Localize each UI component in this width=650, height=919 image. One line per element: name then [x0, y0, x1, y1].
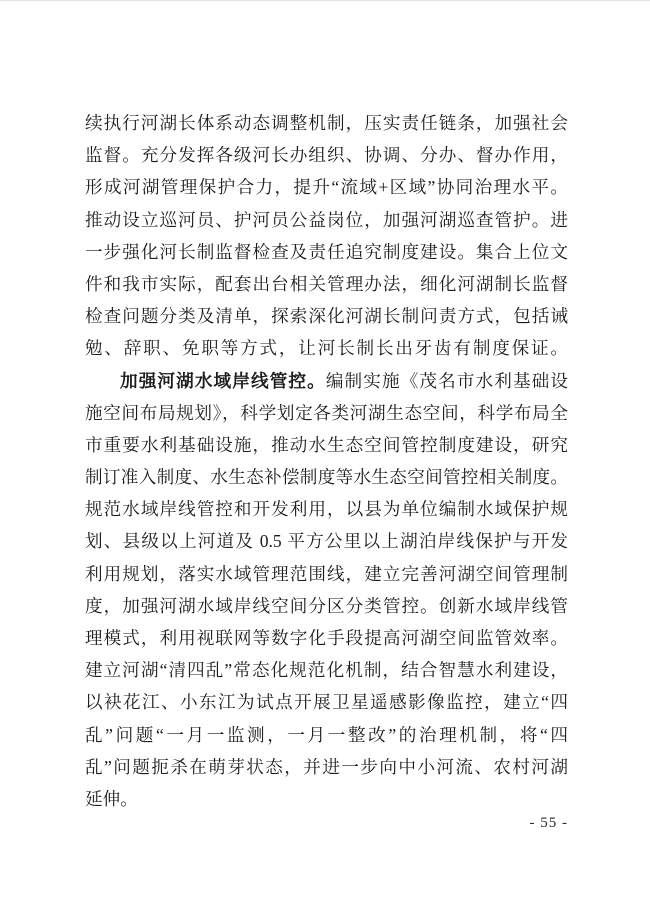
text-line: 推动设立巡河员、护河员公益岗位，加强河湖巡查管护。进 — [85, 204, 568, 236]
text-line: 制订准入制度、水生态补偿制度等水生态空间管控相关制度。 — [85, 461, 568, 493]
text-line: 件和我市实际，配套出台相关管理办法，细化河湖制长监督 — [85, 268, 568, 300]
text-line: 乱”问题扼杀在萌芽状态，并进一步向中小河流、农村河湖 — [85, 751, 568, 783]
paragraph-lead-bold: 加强河湖水域岸线管控。 — [120, 371, 326, 391]
text-line: 延伸。 — [85, 783, 568, 815]
document-page: 续执行河湖长体系动态调整机制，压实责任链条，加强社会监督。充分发挥各级河长办组织… — [0, 0, 650, 919]
text-line: 市重要水利基础设施，推动水生态空间管控制度建设，研究 — [85, 429, 568, 461]
text-line: 监督。充分发挥各级河长办组织、协调、分办、督办作用， — [85, 139, 568, 171]
text-line: 理模式，利用视联网等数字化手段提高河湖空间监管效率。 — [85, 622, 568, 654]
text-line: 勉、辞职、免职等方式，让河长制长出牙齿有制度保证。 — [85, 332, 568, 364]
text-line: 一步强化河长制监督检查及责任追究制度建设。集合上位文 — [85, 236, 568, 268]
text-line: 利用规划，落实水域管理范围线，建立完善河湖空间管理制 — [85, 558, 568, 590]
text-line: 以袂花江、小东江为试点开展卫星遥感影像监控，建立“四 — [85, 686, 568, 718]
text-line: 度，加强河湖水域岸线空间分区分类管控。创新水域岸线管 — [85, 590, 568, 622]
document-body: 续执行河湖长体系动态调整机制，压实责任链条，加强社会监督。充分发挥各级河长办组织… — [85, 107, 568, 815]
text-line: 形成河湖管理保护合力，提升“流域+区域”协同治理水平。 — [85, 171, 568, 203]
text-line: 检查问题分类及清单，探索深化河湖长制问责方式，包括诫 — [85, 300, 568, 332]
text-line: 建立河湖“清四乱”常态化规范化机制，结合智慧水利建设， — [85, 654, 568, 686]
text-line: 划、县级以上河道及 0.5 平方公里以上湖泊岸线保护与开发 — [85, 525, 568, 557]
page-number: - 55 - — [85, 815, 568, 831]
text-line: 续执行河湖长体系动态调整机制，压实责任链条，加强社会 — [85, 107, 568, 139]
text-line: 加强河湖水域岸线管控。编制实施《茂名市水利基础设 — [85, 365, 568, 397]
text-line: 施空间布局规划》，科学划定各类河湖生态空间，科学布局全 — [85, 397, 568, 429]
text-line: 规范水域岸线管控和开发利用，以县为单位编制水域保护规 — [85, 493, 568, 525]
text-line: 乱”问题“一月一监测，一月一整改”的治理机制，将“四 — [85, 719, 568, 751]
